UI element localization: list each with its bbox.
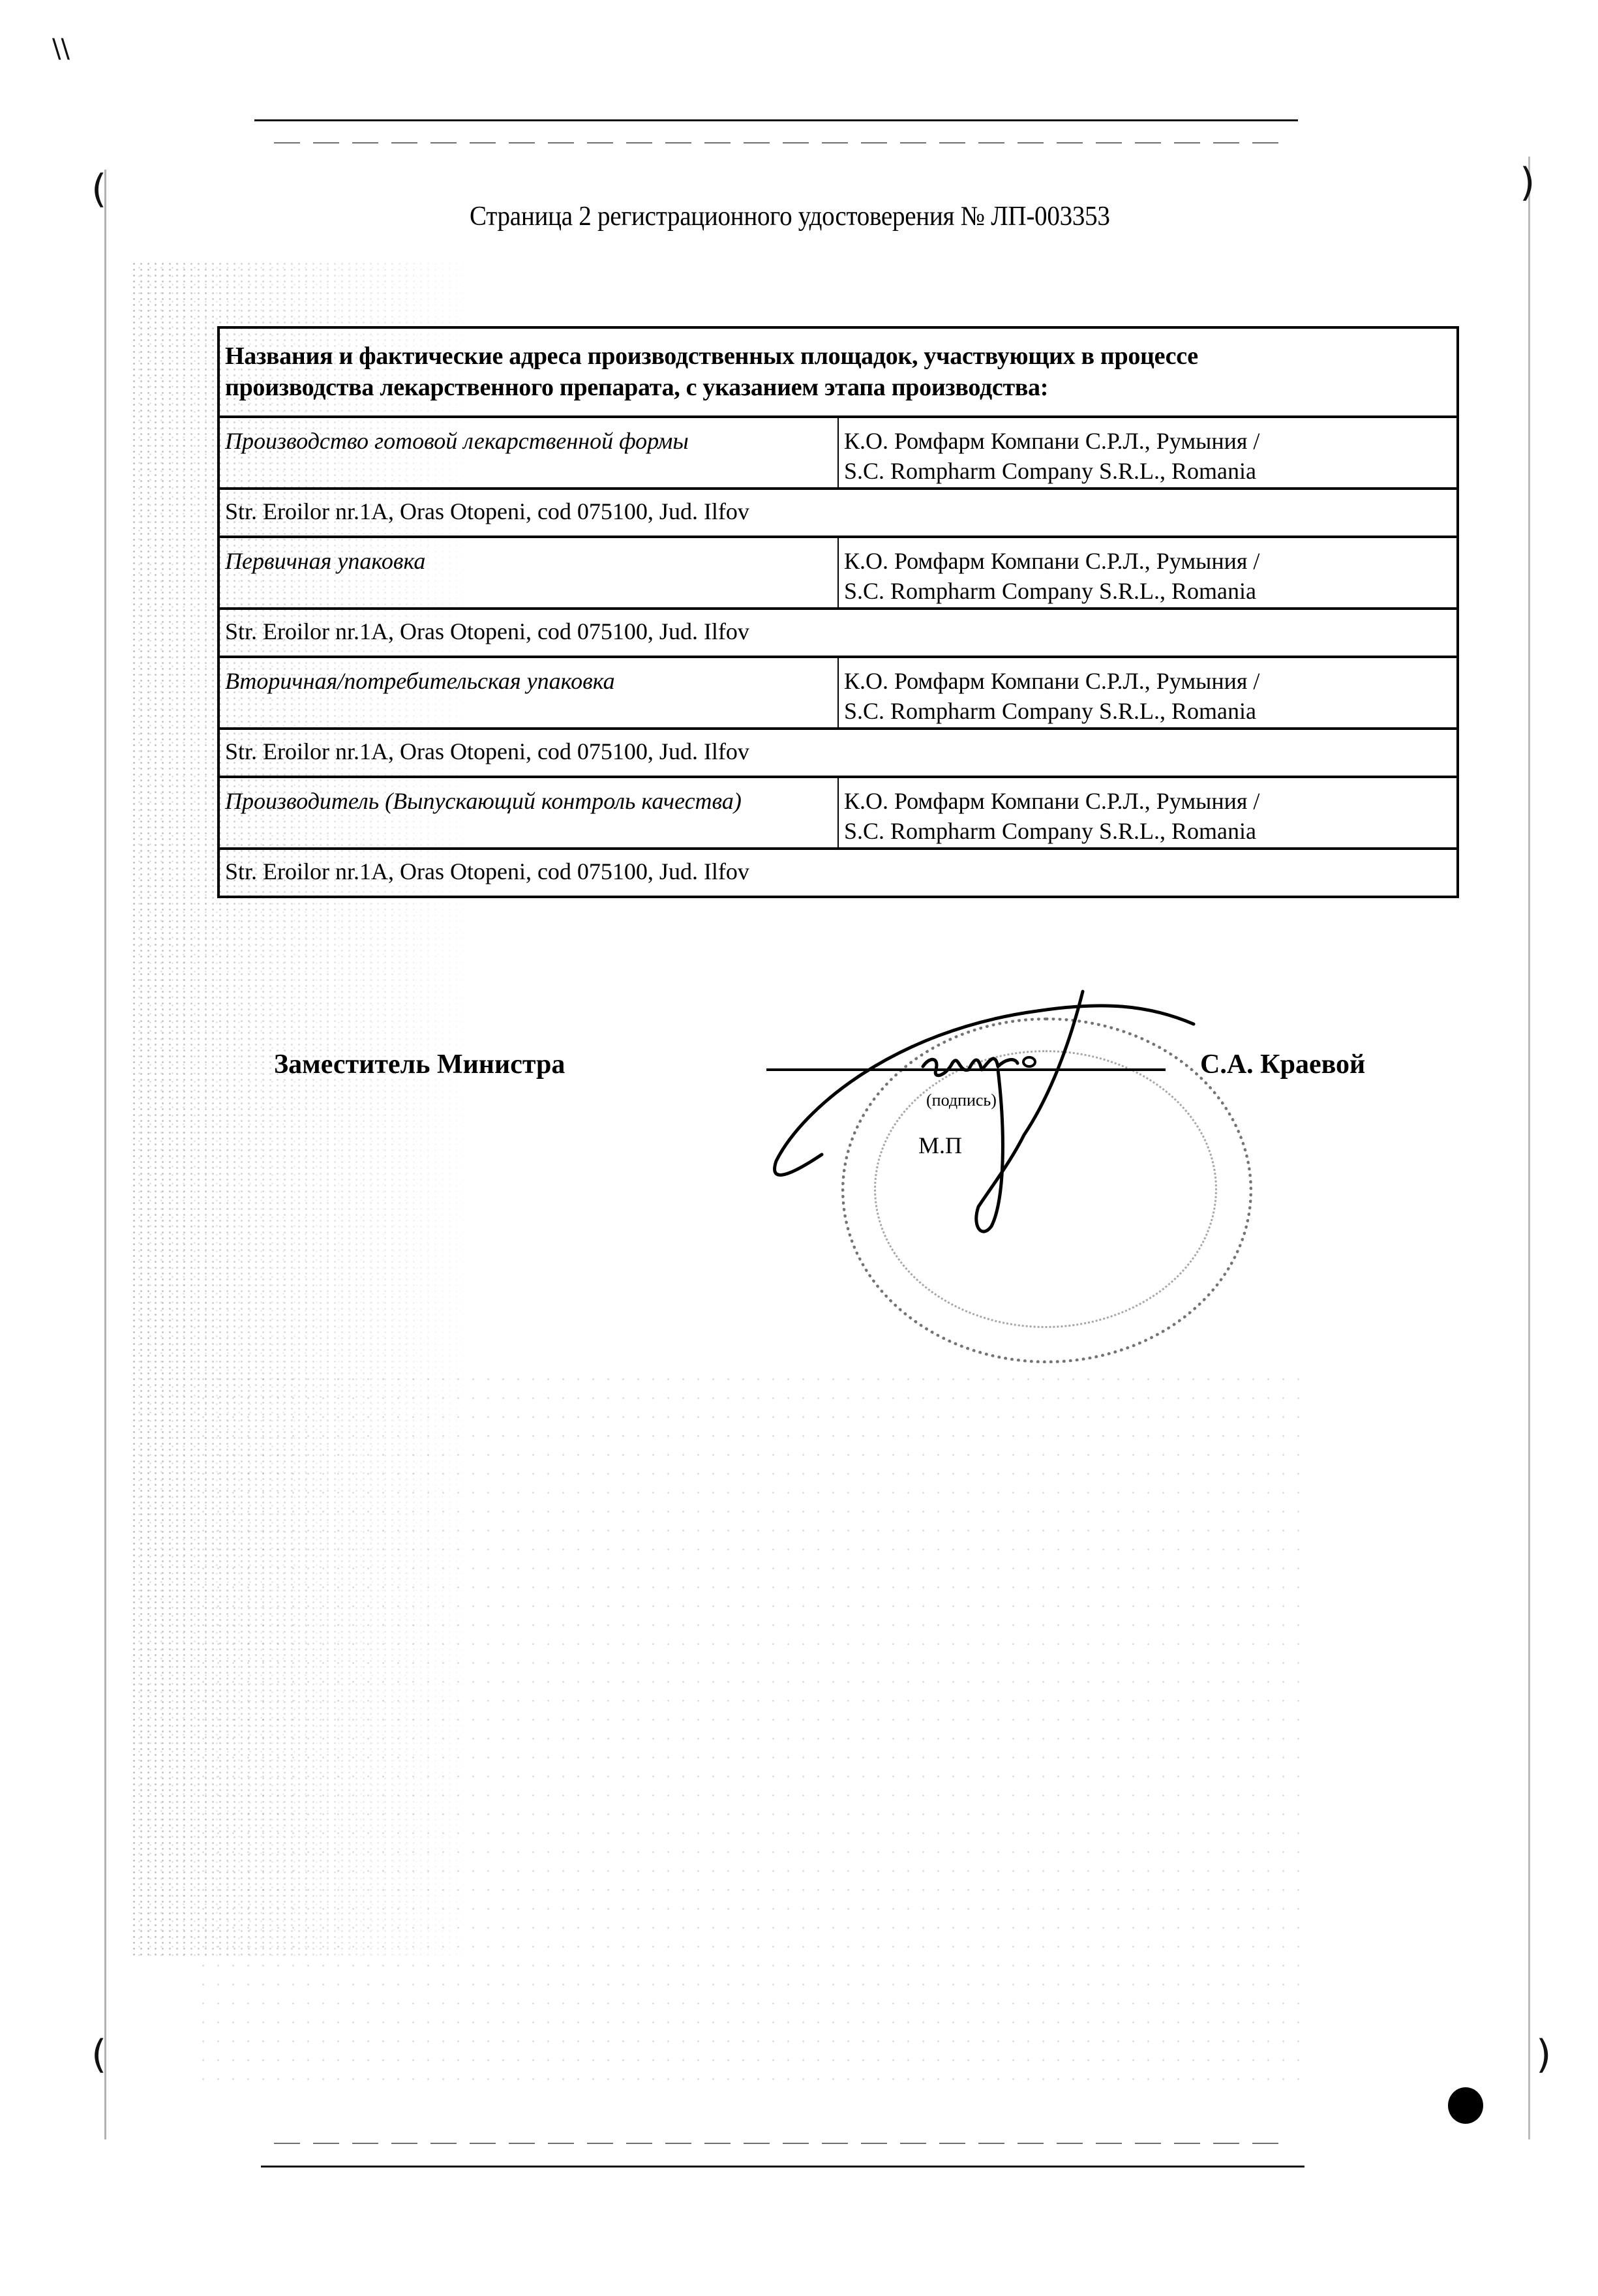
scan-right-margin-mark — [1528, 157, 1530, 2139]
address-cell: Str. Eroilor nr.1A, Oras Otopeni, cod 07… — [219, 849, 1458, 897]
company-name-ru: К.О. Ромфарм Компани С.Р.Л., Румыния / — [844, 426, 1451, 456]
bracket-mark-bottom-left: ( — [91, 2035, 106, 2074]
company-cell: К.О. Ромфарм Компани С.Р.Л., Румыния / S… — [838, 777, 1458, 849]
handwritten-signature-icon — [763, 965, 1233, 1239]
signatory-name: С.А. Краевой — [1200, 1049, 1365, 1080]
table-heading-line-2: производства лекарственного препарата, с… — [225, 372, 1451, 403]
table-heading-cell: Названия и фактические адреса производст… — [219, 327, 1458, 417]
stage-cell: Первичная упаковка — [219, 537, 838, 609]
table-row-address: Str. Eroilor nr.1A, Oras Otopeni, cod 07… — [219, 729, 1458, 777]
page-header: Страница 2 регистрационного удостоверени… — [470, 201, 1110, 232]
address-text: Str. Eroilor nr.1A, Oras Otopeni, cod 07… — [225, 496, 1451, 526]
address-text: Str. Eroilor nr.1A, Oras Otopeni, cod 07… — [225, 616, 1451, 646]
ink-blot — [1448, 2087, 1483, 2124]
address-text: Str. Eroilor nr.1A, Oras Otopeni, cod 07… — [225, 736, 1451, 766]
stage-label: Производство готовой лекарственной формы — [225, 426, 832, 456]
company-cell: К.О. Ромфарм Компани С.Р.Л., Румыния / S… — [838, 537, 1458, 609]
company-cell: К.О. Ромфарм Компани С.Р.Л., Румыния / S… — [838, 417, 1458, 489]
official-stamp-inner-ring — [874, 1050, 1217, 1328]
table-row: Вторичная/потребительская упаковка К.О. … — [219, 657, 1458, 729]
table-row-address: Str. Eroilor nr.1A, Oras Otopeni, cod 07… — [219, 489, 1458, 537]
address-cell: Str. Eroilor nr.1A, Oras Otopeni, cod 07… — [219, 489, 1458, 537]
bracket-mark-top-right: ) — [1520, 163, 1535, 202]
company-name-en: S.C. Rompharm Company S.R.L., Romania — [844, 456, 1451, 486]
stage-cell: Производство готовой лекарственной формы — [219, 417, 838, 489]
scan-top-border-line — [254, 119, 1298, 121]
bracket-mark-top-left: ( — [91, 170, 106, 209]
scan-top-border-dashes — [274, 142, 1291, 143]
stamp-placeholder-label: М.П — [918, 1132, 962, 1159]
scan-bottom-border-dashes — [274, 2143, 1291, 2144]
table-row-address: Str. Eroilor nr.1A, Oras Otopeni, cod 07… — [219, 609, 1458, 657]
scan-left-margin-mark — [104, 170, 106, 2139]
company-name-en: S.C. Rompharm Company S.R.L., Romania — [844, 696, 1451, 726]
company-name-en: S.C. Rompharm Company S.R.L., Romania — [844, 816, 1451, 846]
bracket-mark-bottom-right: ) — [1536, 2035, 1551, 2074]
table-heading-row: Названия и фактические адреса производст… — [219, 327, 1458, 417]
production-sites-table: Названия и фактические адреса производст… — [217, 326, 1459, 898]
stage-label: Первичная упаковка — [225, 546, 832, 576]
table-row: Производитель (Выпускающий контроль каче… — [219, 777, 1458, 849]
address-text: Str. Eroilor nr.1A, Oras Otopeni, cod 07… — [225, 856, 1451, 886]
stage-label: Производитель (Выпускающий контроль каче… — [225, 786, 832, 816]
stage-cell: Производитель (Выпускающий контроль каче… — [219, 777, 838, 849]
table-row: Первичная упаковка К.О. Ромфарм Компани … — [219, 537, 1458, 609]
scanned-document-page: ( ) ( ) \\ Страница 2 регистрационного у… — [0, 0, 1598, 2296]
signatory-position: Заместитель Министра — [274, 1049, 565, 1080]
stage-cell: Вторичная/потребительская упаковка — [219, 657, 838, 729]
scan-speckle-noise — [196, 1370, 1304, 2087]
company-name-en: S.C. Rompharm Company S.R.L., Romania — [844, 576, 1451, 606]
scan-corner-scribble: \\ — [52, 36, 70, 62]
signature-line — [766, 1068, 1166, 1071]
table-row-address: Str. Eroilor nr.1A, Oras Otopeni, cod 07… — [219, 849, 1458, 897]
table-heading-line-1: Названия и фактические адреса производст… — [225, 340, 1451, 372]
company-cell: К.О. Ромфарм Компани С.Р.Л., Румыния / S… — [838, 657, 1458, 729]
scan-bottom-border-line — [261, 2166, 1304, 2168]
company-name-ru: К.О. Ромфарм Компани С.Р.Л., Румыния / — [844, 546, 1451, 576]
address-cell: Str. Eroilor nr.1A, Oras Otopeni, cod 07… — [219, 609, 1458, 657]
official-stamp-outer-ring — [841, 1018, 1252, 1363]
company-name-ru: К.О. Ромфарм Компани С.Р.Л., Румыния / — [844, 666, 1451, 696]
address-cell: Str. Eroilor nr.1A, Oras Otopeni, cod 07… — [219, 729, 1458, 777]
stage-label: Вторичная/потребительская упаковка — [225, 666, 832, 696]
signature-caption: (подпись) — [926, 1091, 997, 1110]
company-name-ru: К.О. Ромфарм Компани С.Р.Л., Румыния / — [844, 786, 1451, 816]
table-row: Производство готовой лекарственной формы… — [219, 417, 1458, 489]
